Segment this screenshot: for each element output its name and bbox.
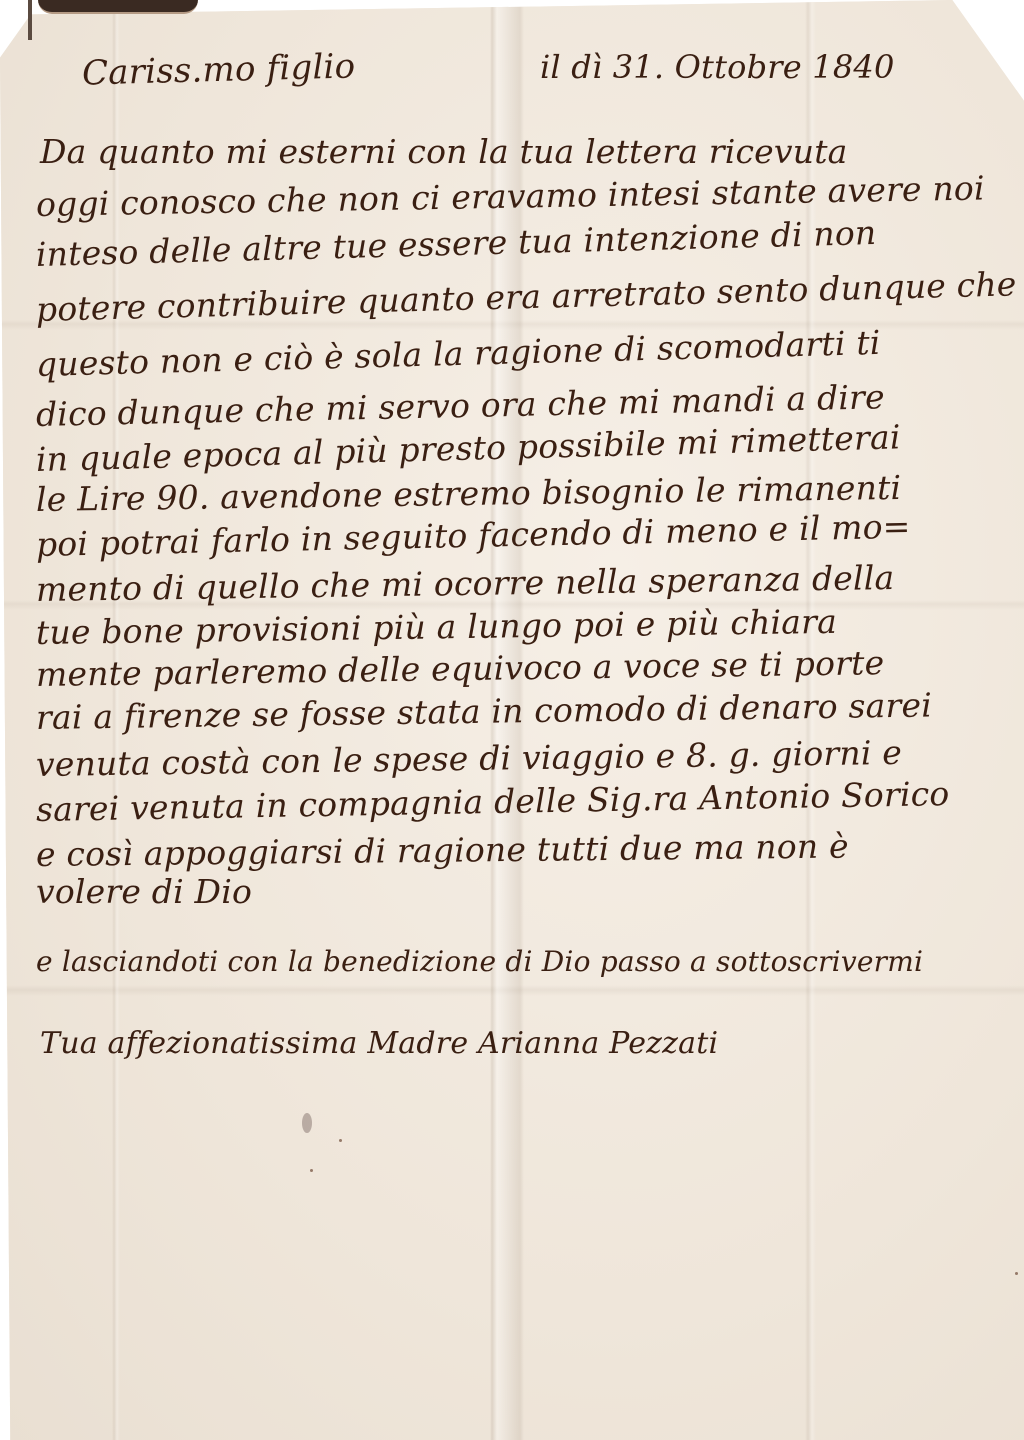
body-line: volere di Dio	[36, 872, 252, 911]
signature: Tua affezionatissima Madre Arianna Pezza…	[40, 1026, 718, 1061]
paper-stain	[302, 1113, 312, 1133]
wax-seal-remnant	[38, 0, 198, 14]
ink-speck	[339, 1139, 342, 1142]
body-line: Da quanto mi esterni con la tua lettera …	[40, 132, 848, 171]
paper-edge-shadow	[28, 0, 32, 40]
ink-speck	[310, 1169, 313, 1172]
letter-date: il dì 31. Ottobre 1840	[540, 48, 895, 86]
ink-speck	[1015, 1272, 1018, 1275]
salutation: Cariss.mo figlio	[82, 46, 356, 93]
closing-line: e lasciandoti con la benedizione di Dio …	[36, 945, 923, 978]
